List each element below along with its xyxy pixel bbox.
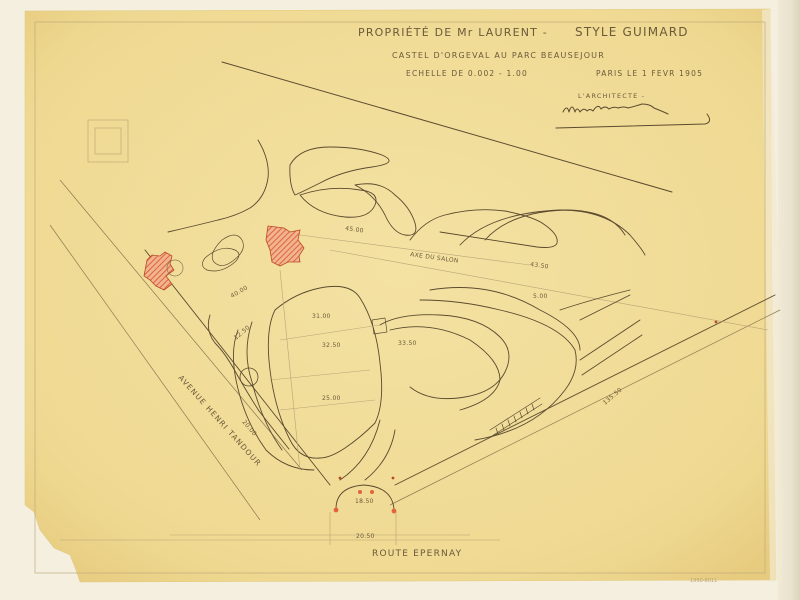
svg-text:33.50: 33.50 [398, 340, 417, 347]
scale-text: ECHELLE DE 0.002 - 1.00 [406, 69, 528, 78]
svg-text:31.00: 31.00 [312, 313, 331, 320]
svg-text:25.00: 25.00 [322, 395, 341, 402]
paper-sheet [25, 9, 776, 582]
architect-label: L'ARCHITECTE - [578, 92, 645, 100]
subtitle: CASTEL D'ORGEVAL AU PARC BEAUSEJOUR [392, 51, 605, 60]
main-house [266, 226, 304, 266]
svg-text:18.50: 18.50 [355, 498, 374, 505]
place-date: PARIS LE 1 FEVR 1905 [596, 69, 703, 78]
svg-text:5.00: 5.00 [533, 293, 548, 300]
svg-text:20.50: 20.50 [356, 533, 375, 540]
title-right: STYLE GUIMARD [575, 25, 689, 39]
architectural-drawing: PROPRIÉTÉ DE Mr LAURENT - STYLE GUIMARD … [0, 0, 800, 600]
road-bottom-label: ROUTE EPERNAY [372, 549, 462, 559]
svg-text:32.50: 32.50 [322, 342, 341, 349]
title-left: PROPRIÉTÉ DE Mr LAURENT - [358, 26, 548, 39]
inventory-number: 1990-8011 [690, 578, 717, 584]
